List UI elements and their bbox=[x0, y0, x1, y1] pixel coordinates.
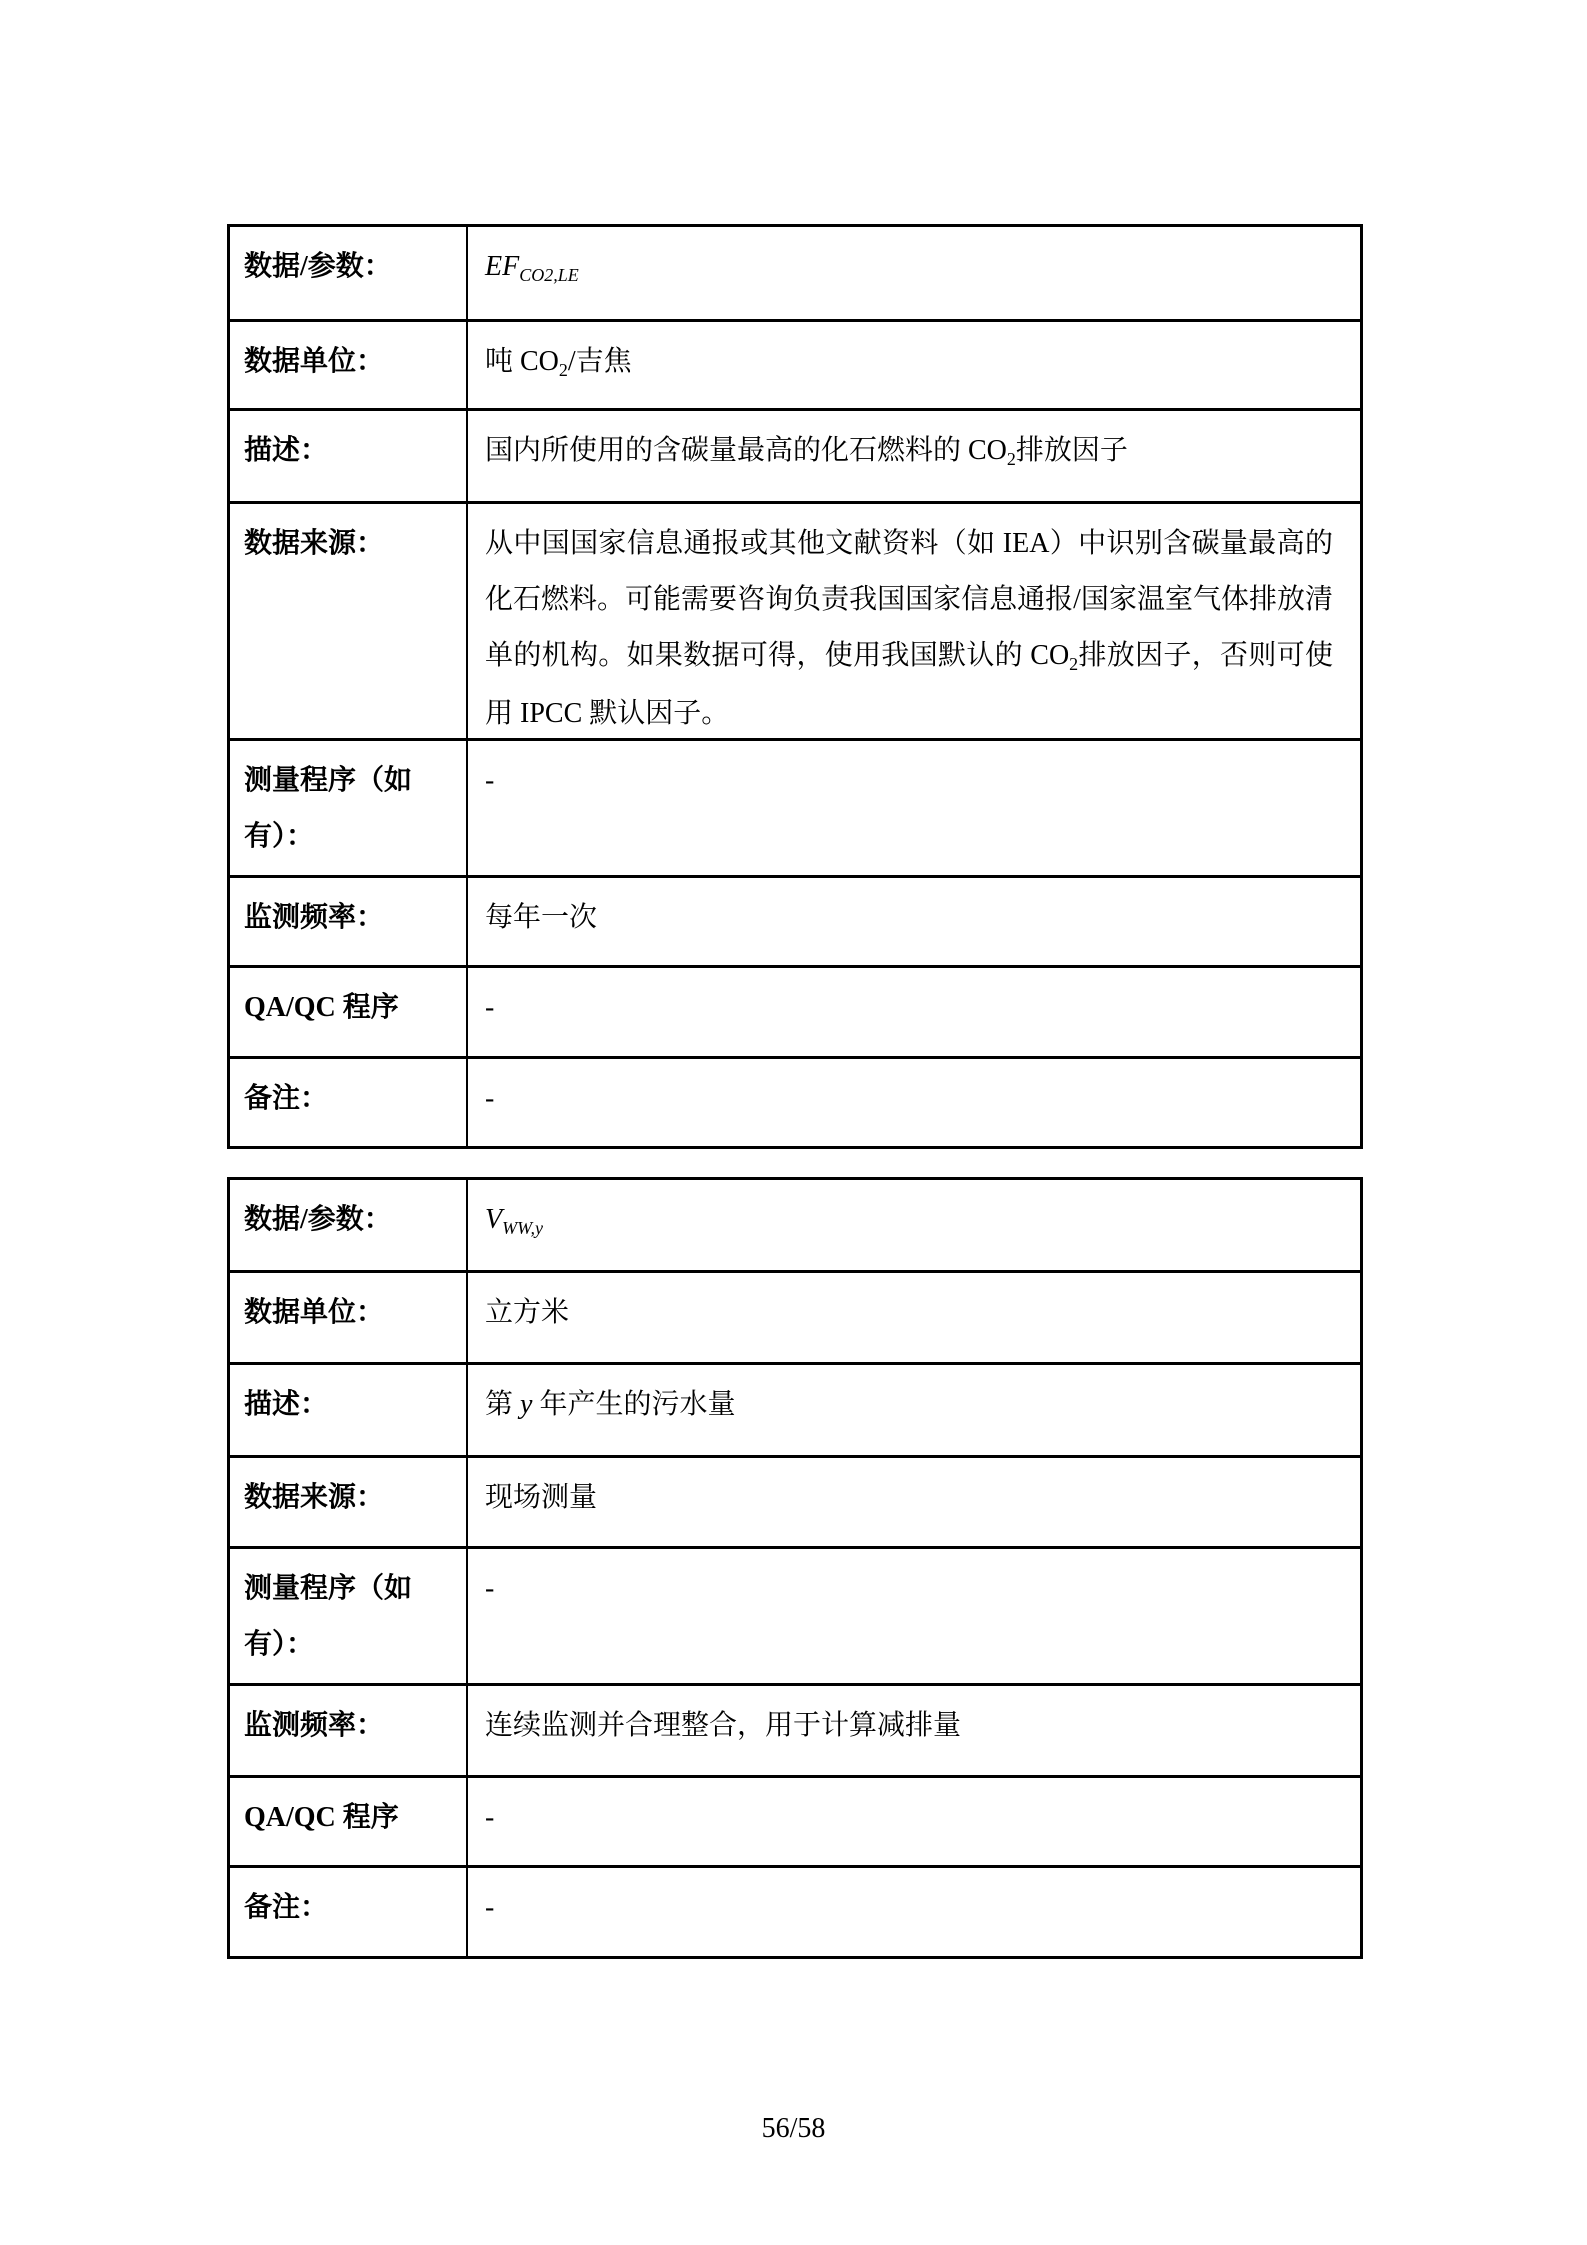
value-text: y bbox=[520, 1389, 532, 1420]
row-label: 描述： bbox=[230, 411, 466, 501]
table-row: 数据/参数： VWW,y bbox=[230, 1180, 1360, 1270]
row-value: 国内所使用的含碳量最高的化石燃料的 CO2排放因子 bbox=[466, 411, 1360, 501]
row-label: 数据来源： bbox=[230, 504, 466, 738]
table-row: 数据来源： 从中国国家信息通报或其他文献资料（如 IEA）中识别含碳量最高的化石… bbox=[230, 501, 1360, 738]
value-text: 国内所使用的含碳量最高的化石燃料的 CO bbox=[485, 435, 1007, 466]
subscript-text: 2 bbox=[1069, 654, 1078, 674]
table-row: 备注： - bbox=[230, 1056, 1360, 1146]
table-row: QA/QC 程序 - bbox=[230, 1775, 1360, 1865]
table-row: 数据来源： 现场测量 bbox=[230, 1455, 1360, 1546]
value-text: EF bbox=[485, 251, 519, 282]
table-row: 描述： 第 y 年产生的污水量 bbox=[230, 1362, 1360, 1455]
table-row: 数据/参数： EFCO2,LE bbox=[230, 227, 1360, 319]
row-value: 每年一次 bbox=[466, 878, 1360, 965]
value-text: - bbox=[485, 1892, 494, 1923]
row-value: 吨 CO2/吉焦 bbox=[466, 322, 1360, 408]
row-label: 监测频率： bbox=[230, 1686, 466, 1775]
row-value: - bbox=[466, 968, 1360, 1056]
row-value: 现场测量 bbox=[466, 1458, 1360, 1546]
value-text: - bbox=[485, 1802, 494, 1833]
row-label: 数据单位： bbox=[230, 1273, 466, 1362]
value-text: 每年一次 bbox=[485, 902, 597, 933]
row-value: - bbox=[466, 1059, 1360, 1146]
row-label: 描述： bbox=[230, 1365, 466, 1455]
value-text: /吉焦 bbox=[568, 346, 632, 377]
row-label: 备注： bbox=[230, 1868, 466, 1956]
value-text: 吨 CO bbox=[485, 346, 559, 377]
value-text: - bbox=[485, 1083, 494, 1114]
parameter-table-1: 数据/参数： EFCO2,LE 数据单位： 吨 CO2/吉焦 描述： 国内所使用… bbox=[227, 224, 1363, 1149]
table-row: 备注： - bbox=[230, 1865, 1360, 1956]
page-number: 56/58 bbox=[0, 2112, 1587, 2146]
row-label: 数据/参数： bbox=[230, 1180, 466, 1270]
table-row: 测量程序（如有）： - bbox=[230, 1546, 1360, 1683]
row-value: 连续监测并合理整合，用于计算减排量 bbox=[466, 1686, 1360, 1775]
value-text: 现场测量 bbox=[485, 1482, 597, 1513]
row-label: 数据/参数： bbox=[230, 227, 466, 319]
row-value: - bbox=[466, 1868, 1360, 1956]
value-text: 立方米 bbox=[485, 1297, 569, 1328]
table-row: QA/QC 程序 - bbox=[230, 965, 1360, 1056]
parameter-table-2: 数据/参数： VWW,y 数据单位： 立方米 描述： 第 y 年产生的污水量 数… bbox=[227, 1177, 1363, 1959]
row-value: 立方米 bbox=[466, 1273, 1360, 1362]
row-value: - bbox=[466, 1549, 1360, 1683]
row-label: 测量程序（如有）： bbox=[230, 1549, 466, 1683]
row-value: 从中国国家信息通报或其他文献资料（如 IEA）中识别含碳量最高的化石燃料。可能需… bbox=[466, 504, 1360, 738]
subscript-text: 2 bbox=[559, 360, 568, 380]
document-page: 数据/参数： EFCO2,LE 数据单位： 吨 CO2/吉焦 描述： 国内所使用… bbox=[0, 0, 1587, 2245]
table-row: 描述： 国内所使用的含碳量最高的化石燃料的 CO2排放因子 bbox=[230, 408, 1360, 501]
table-row: 测量程序（如有）： - bbox=[230, 738, 1360, 875]
row-value: 第 y 年产生的污水量 bbox=[466, 1365, 1360, 1455]
value-text: - bbox=[485, 1573, 494, 1604]
value-text: 排放因子 bbox=[1016, 435, 1128, 466]
table-row: 监测频率： 每年一次 bbox=[230, 875, 1360, 965]
row-label: QA/QC 程序 bbox=[230, 968, 466, 1056]
row-value: VWW,y bbox=[466, 1180, 1360, 1270]
value-text: 连续监测并合理整合，用于计算减排量 bbox=[485, 1710, 961, 1741]
row-value: - bbox=[466, 741, 1360, 875]
value-text: 第 bbox=[485, 1389, 520, 1420]
row-label: 备注： bbox=[230, 1059, 466, 1146]
row-value: EFCO2,LE bbox=[466, 227, 1360, 319]
subscript-text: CO2,LE bbox=[519, 265, 579, 285]
row-label: QA/QC 程序 bbox=[230, 1778, 466, 1865]
row-label: 监测频率： bbox=[230, 878, 466, 965]
value-text: V bbox=[485, 1204, 502, 1235]
value-text: - bbox=[485, 992, 494, 1023]
table-row: 数据单位： 立方米 bbox=[230, 1270, 1360, 1362]
row-label: 测量程序（如有）： bbox=[230, 741, 466, 875]
value-text: - bbox=[485, 765, 494, 796]
table-row: 数据单位： 吨 CO2/吉焦 bbox=[230, 319, 1360, 408]
row-value: - bbox=[466, 1778, 1360, 1865]
subscript-text: WW,y bbox=[502, 1218, 543, 1238]
value-text: 年产生的污水量 bbox=[532, 1389, 735, 1420]
subscript-text: 2 bbox=[1007, 449, 1016, 469]
row-label: 数据单位： bbox=[230, 322, 466, 408]
table-row: 监测频率： 连续监测并合理整合，用于计算减排量 bbox=[230, 1683, 1360, 1775]
row-label: 数据来源： bbox=[230, 1458, 466, 1546]
